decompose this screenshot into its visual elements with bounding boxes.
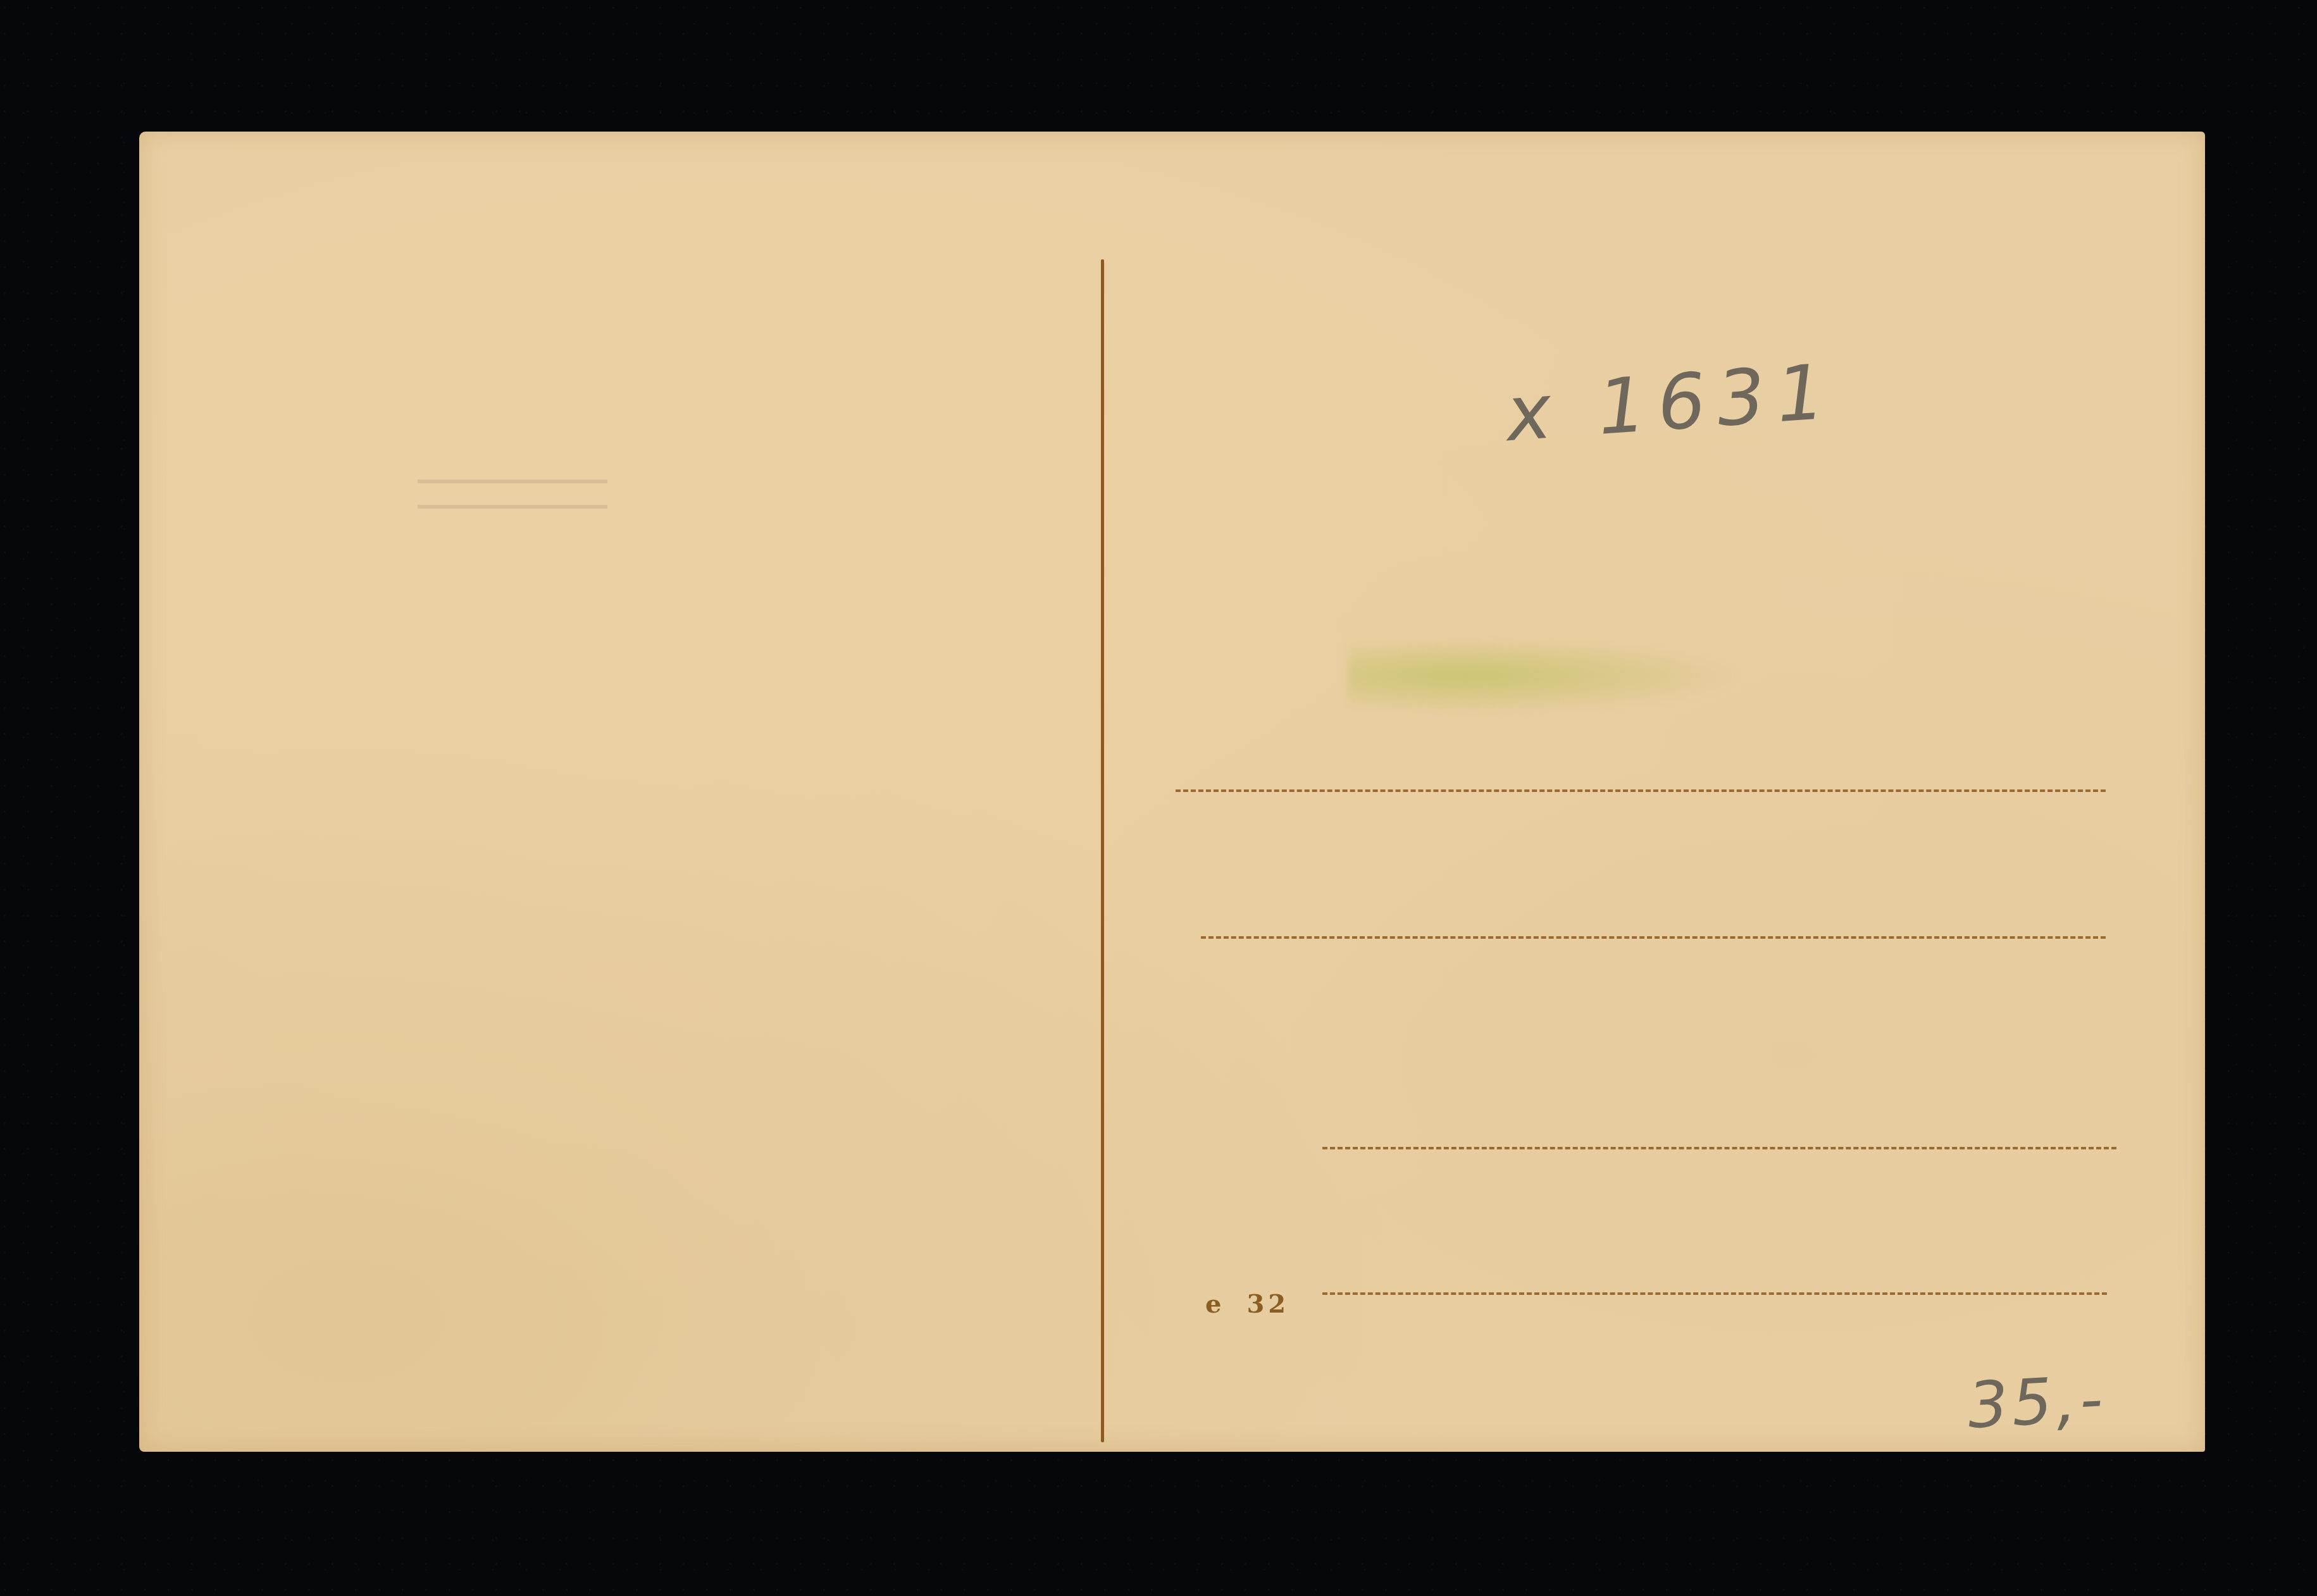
address-line-3	[1322, 1147, 2116, 1149]
price-note: 35,-	[1966, 1361, 2108, 1442]
green-stain	[1348, 638, 1740, 714]
series-number: e 32	[1205, 1289, 1289, 1319]
address-line-4	[1322, 1292, 2107, 1295]
postcard-back: x 1631 e 32 35,-	[139, 132, 2205, 1452]
inventory-number-note: x 1631	[1503, 348, 1839, 459]
show-through-text	[418, 467, 607, 524]
message-address-divider	[1101, 259, 1104, 1442]
address-line-1	[1176, 789, 2106, 792]
address-line-2	[1201, 936, 2106, 939]
